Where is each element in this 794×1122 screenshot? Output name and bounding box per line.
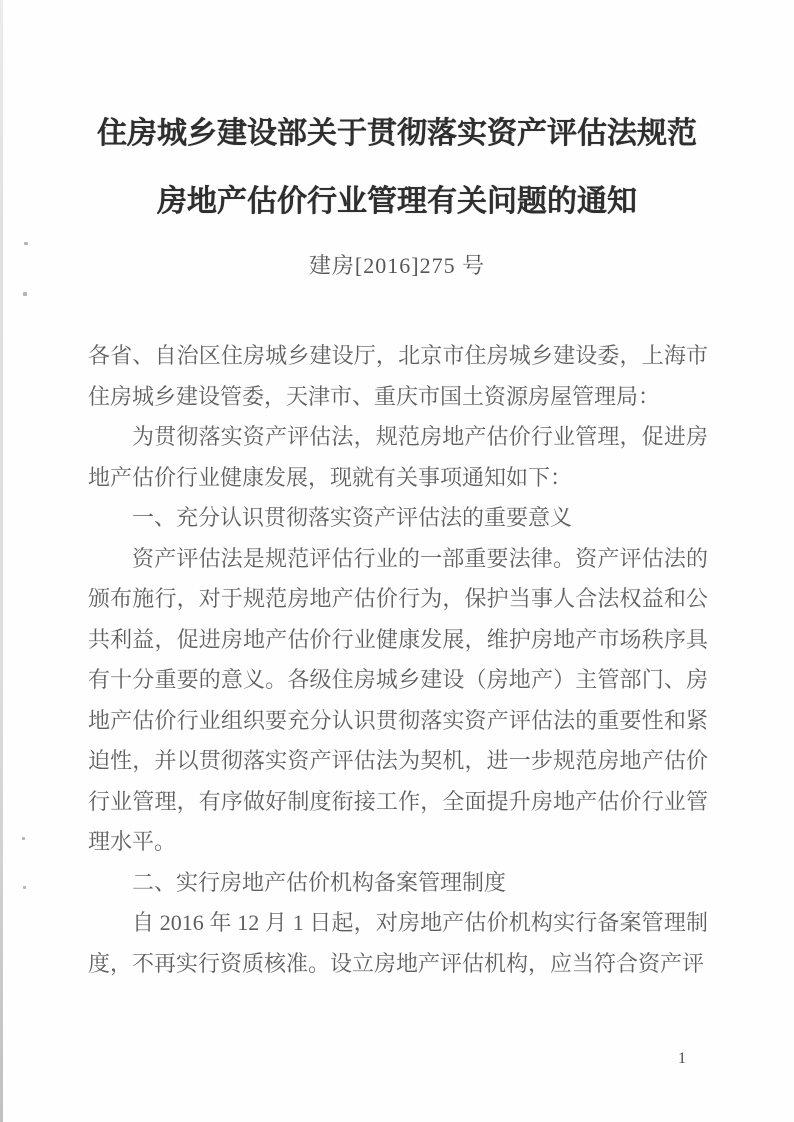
- page-number: 1: [678, 1050, 686, 1068]
- title-line-2: 房地产估价行业管理有关问题的通知: [0, 168, 794, 236]
- scan-speckle: [23, 292, 27, 296]
- document-number: 建房[2016]275 号: [0, 249, 794, 283]
- scanned-document-page: 住房城乡建设部关于贯彻落实资产评估法规范 房地产估价行业管理有关问题的通知 建房…: [0, 0, 794, 1122]
- scan-speckle: [23, 886, 26, 889]
- paragraph: 一、充分认识贯彻落实资产评估法的重要意义: [88, 498, 708, 539]
- paragraph: 为贯彻落实资产评估法，规范房地产估价行业管理，促进房地产估价行业健康发展，现就有…: [88, 417, 708, 498]
- scan-speckle: [22, 837, 25, 840]
- paragraph: 自 2016 年 12 月 1 日起，对房地产估价机构实行备案管理制度，不再实行…: [88, 903, 708, 984]
- document-title: 住房城乡建设部关于贯彻落实资产评估法规范 房地产估价行业管理有关问题的通知: [0, 100, 794, 236]
- scan-speckle: [24, 242, 28, 245]
- paragraph: 二、实行房地产估价机构备案管理制度: [88, 863, 708, 904]
- title-line-1: 住房城乡建设部关于贯彻落实资产评估法规范: [0, 100, 794, 168]
- document-body: 各省、自治区住房城乡建设厅，北京市住房城乡建设委，上海市住房城乡建设管委，天津市…: [88, 336, 708, 984]
- paragraph: 各省、自治区住房城乡建设厅，北京市住房城乡建设委，上海市住房城乡建设管委，天津市…: [88, 336, 708, 417]
- paragraph: 资产评估法是规范评估行业的一部重要法律。资产评估法的颁布施行，对于规范房地产估价…: [88, 539, 708, 863]
